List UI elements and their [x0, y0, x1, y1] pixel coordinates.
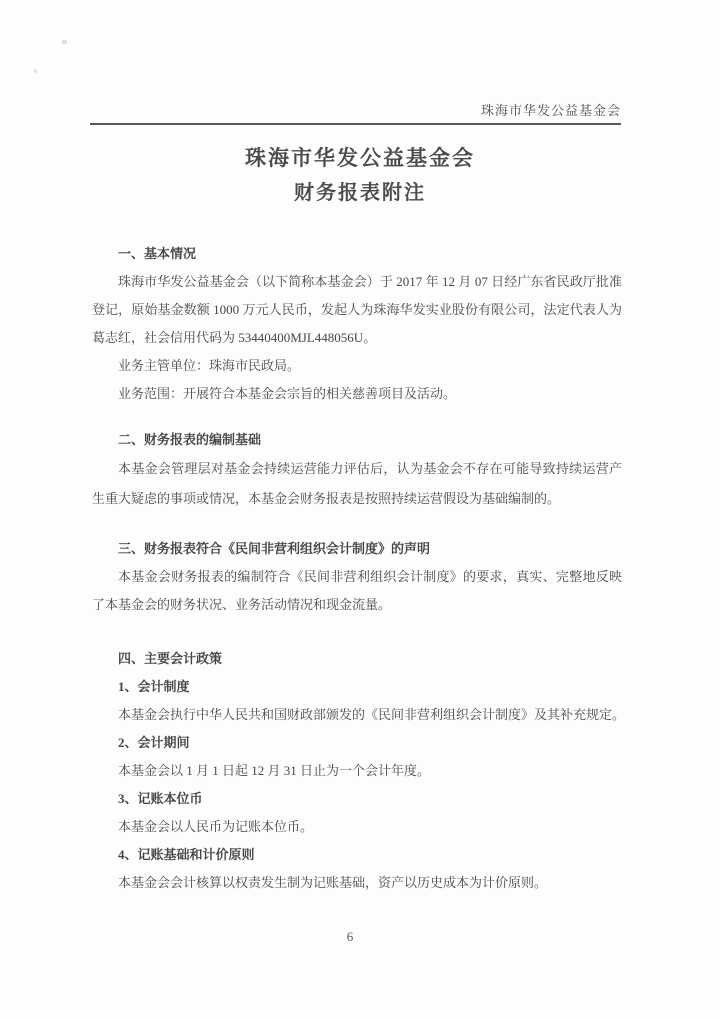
document-title: 珠海市华发公益基金会	[0, 146, 720, 170]
paragraph: 本基金会财务报表的编制符合《民间非营利组织会计制度》的要求，真实、完整地反映了本…	[92, 563, 622, 619]
policy-item-label: 4、记账基础和计价原则	[92, 841, 622, 869]
section-preparation-basis: 二、财务报表的编制基础 本基金会管理层对基金会持续运营能力评估后，认为基金会不存…	[92, 426, 622, 514]
scan-speckle	[62, 40, 67, 44]
section-basic-info: 一、基本情况 珠海市华发公益基金会（以下简称本基金会）于 2017 年 12 月…	[92, 240, 622, 408]
running-header: 珠海市华发公益基金会	[90, 101, 621, 125]
section-compliance-statement: 三、财务报表符合《民间非营利组织会计制度》的声明 本基金会财务报表的编制符合《民…	[92, 535, 622, 619]
policy-item-text: 本基金会以 1 月 1 日起 12 月 31 日止为一个会计年度。	[92, 757, 622, 785]
paragraph: 本基金会管理层对基金会持续运营能力评估后，认为基金会不存在可能导致持续运营产生重…	[92, 454, 622, 514]
policy-item-label: 3、记账本位币	[92, 785, 622, 813]
section-heading: 二、财务报表的编制基础	[92, 426, 622, 454]
policy-item-text: 本基金会以人民币为记账本位币。	[92, 813, 622, 841]
section-heading: 一、基本情况	[92, 240, 622, 268]
section-heading: 四、主要会计政策	[92, 645, 622, 673]
section-accounting-policies: 四、主要会计政策 1、会计制度 本基金会执行中华人民共和国财政部颁发的《民间非营…	[92, 645, 622, 897]
section-heading: 三、财务报表符合《民间非营利组织会计制度》的声明	[92, 535, 622, 563]
paragraph: 业务范围：开展符合本基金会宗旨的相关慈善项目及活动。	[92, 380, 622, 408]
page-number: 6	[0, 929, 700, 945]
running-header-title: 珠海市华发公益基金会	[481, 103, 621, 118]
policy-item-text: 本基金会执行中华人民共和国财政部颁发的《民间非营利组织会计制度》及其补充规定。	[92, 701, 622, 729]
scan-speckle	[34, 69, 37, 73]
paragraph: 业务主管单位：珠海市民政局。	[92, 352, 622, 380]
policy-item-label: 1、会计制度	[92, 673, 622, 701]
document-subtitle: 财务报表附注	[0, 181, 720, 205]
document-body: 一、基本情况 珠海市华发公益基金会（以下简称本基金会）于 2017 年 12 月…	[92, 240, 622, 897]
policy-item-text: 本基金会会计核算以权责发生制为记账基础，资产以历史成本为计价原则。	[92, 869, 622, 897]
document-page: 珠海市华发公益基金会 珠海市华发公益基金会 财务报表附注 一、基本情况 珠海市华…	[0, 0, 720, 1019]
title-block: 珠海市华发公益基金会 财务报表附注	[0, 146, 720, 205]
policy-item-label: 2、会计期间	[92, 729, 622, 757]
paragraph: 珠海市华发公益基金会（以下简称本基金会）于 2017 年 12 月 07 日经广…	[92, 268, 622, 352]
